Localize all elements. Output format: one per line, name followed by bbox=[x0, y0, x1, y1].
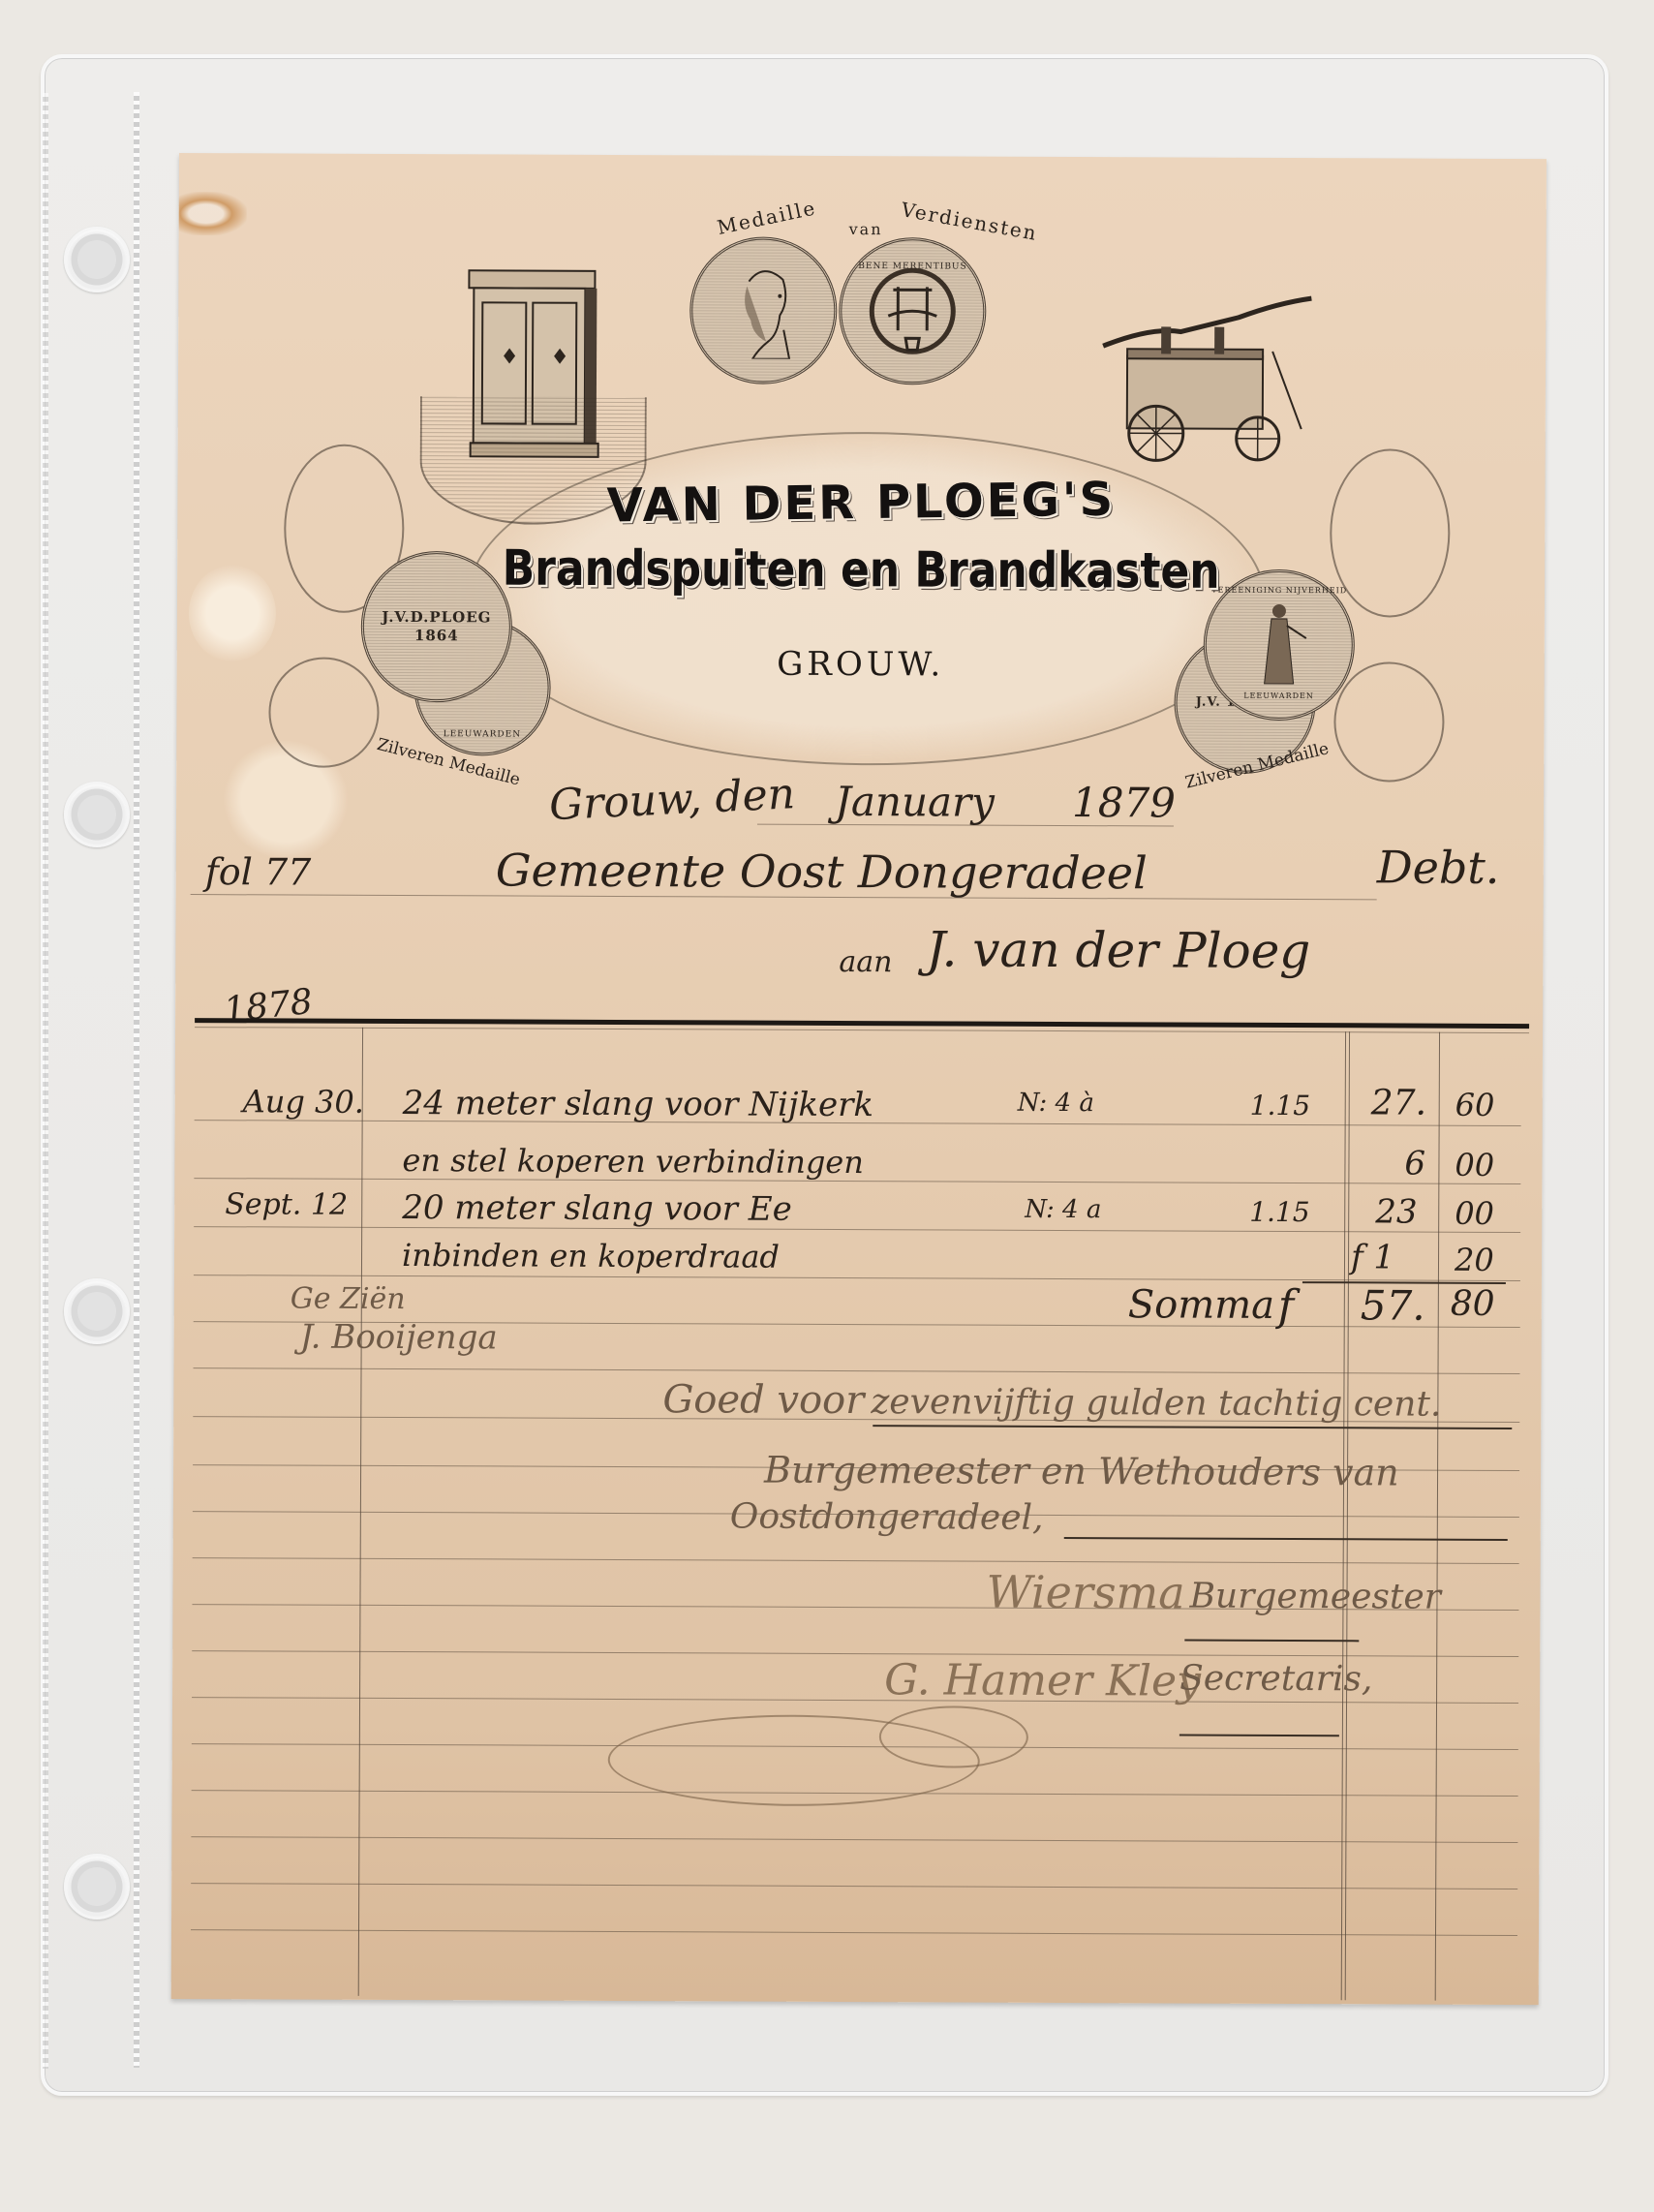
punch-hole-icon bbox=[64, 1278, 130, 1344]
row-guilders: 23 bbox=[1375, 1192, 1417, 1231]
company-tagline: Brandspuiten en Brandkasten bbox=[177, 538, 1545, 601]
sleeve-binding-seam bbox=[134, 92, 139, 2068]
row-ref: N: 4 à bbox=[1018, 1089, 1094, 1118]
ruled-line bbox=[191, 1929, 1517, 1936]
row-ref: N: 4 a bbox=[1025, 1195, 1101, 1224]
creditor-prefix: aan bbox=[839, 945, 892, 979]
authority-line1: Burgemeester en Wethouders van bbox=[764, 1449, 1399, 1494]
total-guilders: 57. bbox=[1361, 1281, 1425, 1329]
row-description: 20 meter slang voor Ee bbox=[402, 1188, 792, 1229]
amount-underline bbox=[873, 1425, 1512, 1429]
punch-hole-icon bbox=[64, 1854, 130, 1920]
row-description: 24 meter slang voor Nijkerk bbox=[403, 1084, 873, 1124]
medal-arc-left: Medaille bbox=[715, 196, 818, 239]
total-label: Somma bbox=[1128, 1282, 1274, 1328]
ruled-line bbox=[194, 1226, 1520, 1233]
secretary-title: Secretaris, bbox=[1179, 1659, 1372, 1700]
total-currency: f bbox=[1278, 1281, 1295, 1331]
ruled-line bbox=[191, 1836, 1517, 1843]
company-city: GROUW. bbox=[177, 642, 1545, 687]
seen-label: Ge Ziën bbox=[291, 1282, 406, 1317]
date-month: January bbox=[835, 778, 995, 826]
secretary-signature: G. Hamer Kley bbox=[884, 1655, 1201, 1705]
mayor-title: Burgemeester bbox=[1189, 1577, 1441, 1617]
folio-number: fol 77 bbox=[205, 850, 312, 893]
row-guilders: 27. bbox=[1371, 1083, 1426, 1122]
seen-by-signature: J. Booijenga bbox=[300, 1318, 498, 1358]
row-cents: 00 bbox=[1455, 1147, 1494, 1183]
good-for-amount: zevenvijftig gulden tachtig cent. bbox=[871, 1382, 1441, 1425]
secretary-underline bbox=[1179, 1735, 1339, 1737]
row-cents: 00 bbox=[1455, 1195, 1494, 1232]
fire-pump-illustration bbox=[1093, 292, 1317, 463]
medal-arc-center: van bbox=[849, 220, 883, 238]
ruled-line bbox=[194, 1367, 1520, 1374]
row-date: Aug 30. bbox=[243, 1083, 364, 1121]
mayor-underline bbox=[1184, 1640, 1359, 1643]
signature-flourish bbox=[879, 1705, 1028, 1768]
king-portrait-icon bbox=[729, 261, 797, 358]
row-description: inbinden en koperdraad bbox=[402, 1237, 780, 1275]
ruled-line bbox=[191, 1883, 1517, 1889]
ruled-line bbox=[193, 1557, 1519, 1564]
row-rate: 1.15 bbox=[1249, 1196, 1309, 1228]
row-cents: 20 bbox=[1455, 1242, 1494, 1278]
authority-underline bbox=[1064, 1537, 1508, 1541]
debtor-name: Gemeente Oost Dongeradeel bbox=[496, 844, 1148, 899]
medal-bene-merentibus: BENE MERENTIBUS bbox=[839, 237, 987, 385]
row-date: Sept. 12 bbox=[225, 1187, 348, 1222]
total-cents: 80 bbox=[1451, 1284, 1495, 1324]
punch-hole-icon bbox=[64, 227, 130, 292]
sleeve-outer-seam bbox=[43, 93, 48, 2069]
mayor-signature: Wiersma bbox=[986, 1566, 1184, 1619]
row-cents: 60 bbox=[1455, 1087, 1495, 1123]
debtor-suffix: Debt. bbox=[1377, 841, 1500, 894]
letterhead: Medaille van Verdiensten BENE MERENTIBUS bbox=[176, 153, 1547, 837]
fire-pump-icon bbox=[1093, 292, 1317, 463]
date-year: 1879 bbox=[1072, 779, 1176, 826]
row-guilders: 6 bbox=[1404, 1145, 1425, 1183]
row-description: en stel koperen verbindingen bbox=[402, 1142, 864, 1181]
ruled-line bbox=[194, 1275, 1520, 1281]
authority-line2: Oostdongeradeel, bbox=[730, 1496, 1044, 1537]
punch-hole-icon bbox=[64, 782, 130, 847]
row-rate: 1.15 bbox=[1250, 1090, 1310, 1121]
ruled-line bbox=[192, 1650, 1518, 1657]
lyre-icon bbox=[869, 262, 956, 359]
medal-king-portrait bbox=[689, 236, 838, 384]
invoice-document: Medaille van Verdiensten BENE MERENTIBUS bbox=[171, 153, 1547, 2005]
good-for-prefix: Goed voor bbox=[662, 1377, 864, 1423]
creditor-name: J. van der Ploeg bbox=[926, 921, 1310, 979]
row-guilders: f 1 bbox=[1351, 1238, 1394, 1276]
